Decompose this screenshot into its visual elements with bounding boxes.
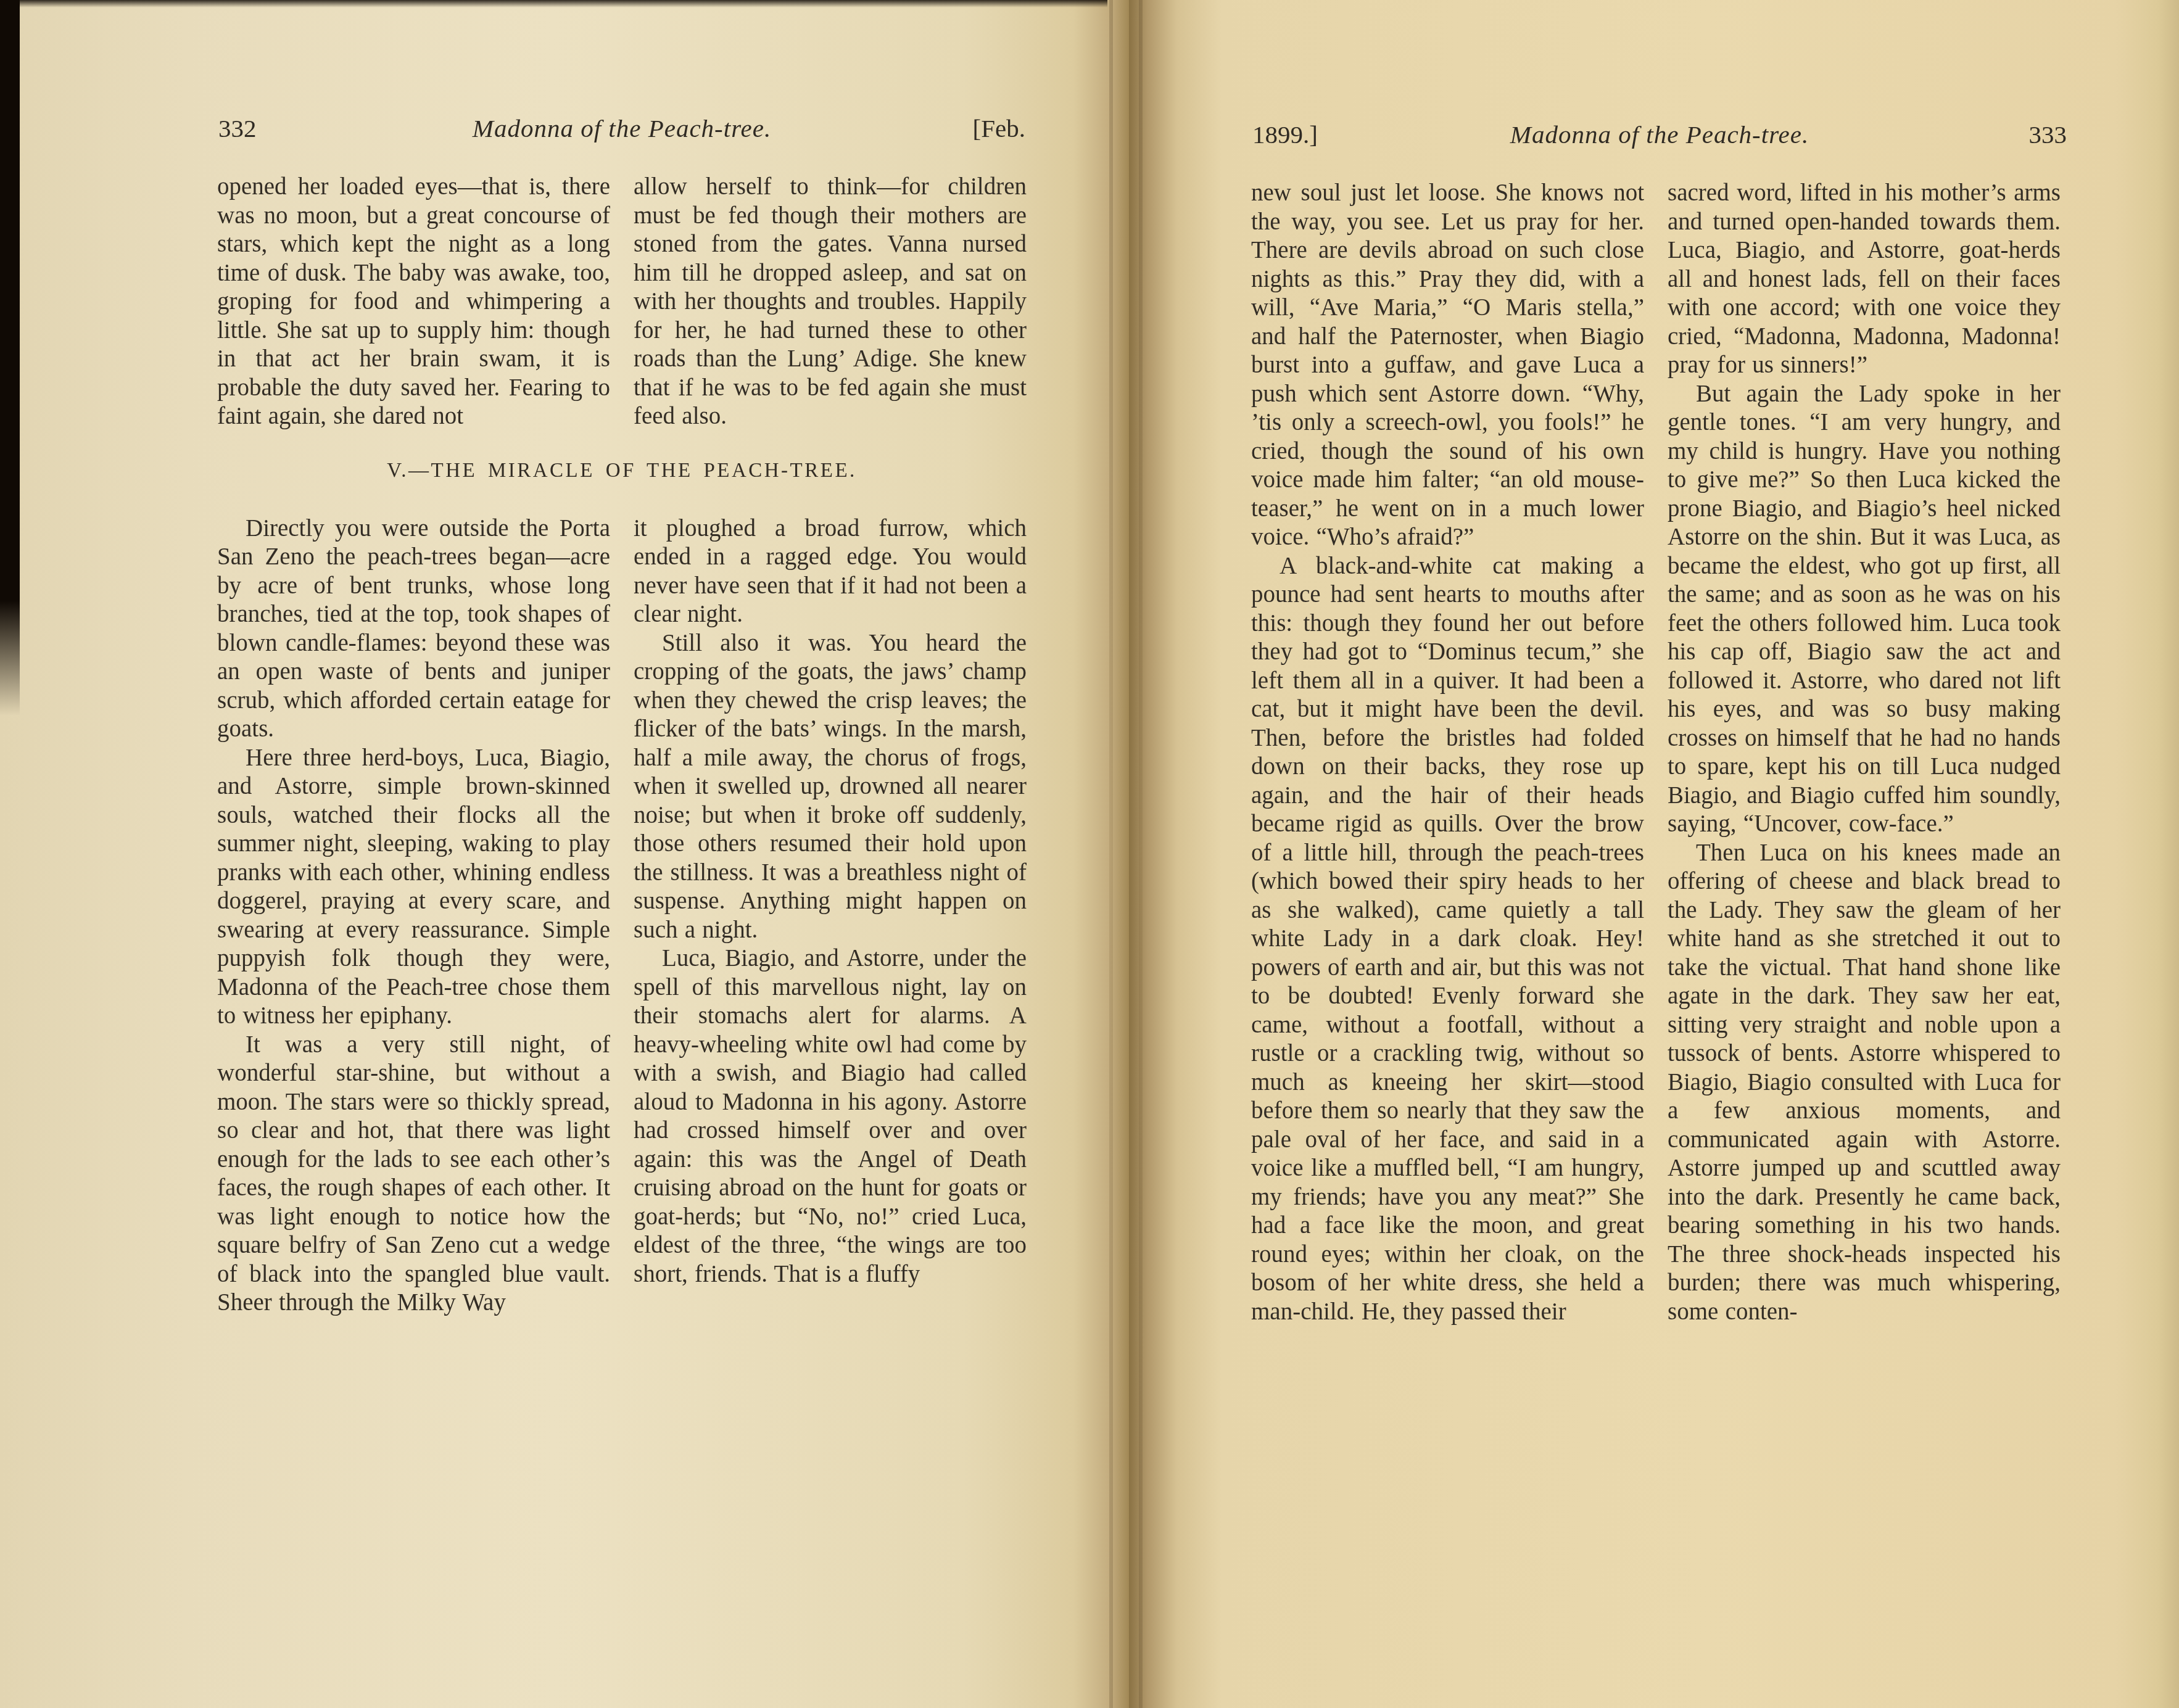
paragraph: Then Luca on his knees made an offering … bbox=[1668, 839, 2061, 1327]
gutter-crease bbox=[1109, 0, 1113, 1708]
paragraph: Here three herd-boys, Luca, Biagio, and … bbox=[217, 744, 610, 1031]
left-main-columns: Directly you were outside the Porta San … bbox=[217, 514, 1027, 1318]
left-main-column-1: Directly you were outside the Porta San … bbox=[217, 514, 610, 1318]
paragraph: Directly you were outside the Porta San … bbox=[217, 514, 610, 744]
left-top-column-1: opened her loaded eyes—that is, there wa… bbox=[217, 173, 610, 431]
paragraph: A black-and-white cat making a pounce ha… bbox=[1251, 552, 1644, 1327]
scan-dark-edge bbox=[0, 0, 20, 716]
right-running-title: Madonna of the Peach-tree. bbox=[1251, 118, 2068, 151]
paragraph: it ploughed a broad furrow, which ended … bbox=[634, 514, 1027, 629]
gutter-crease bbox=[1139, 0, 1143, 1708]
left-running-title: Madonna of the Peach-tree. bbox=[217, 112, 1027, 144]
paragraph: It was a very still night, of wonderful … bbox=[217, 1031, 610, 1318]
issue-label: [Feb. bbox=[973, 112, 1025, 144]
left-main-column-2: it ploughed a broad furrow, which ended … bbox=[634, 514, 1027, 1318]
right-page: 1899.] Madonna of the Peach-tree. 333 ne… bbox=[1129, 0, 2179, 1708]
section-heading: V.—THE MIRACLE OF THE PEACH-TREE. bbox=[217, 460, 1027, 482]
paragraph: opened her loaded eyes—that is, there wa… bbox=[217, 173, 610, 431]
paragraph: Luca, Biagio, and Astorre, under the spe… bbox=[634, 944, 1027, 1289]
left-page-content: 332 Madonna of the Peach-tree. [Feb. ope… bbox=[217, 112, 1027, 1318]
book-spread: 332 Madonna of the Peach-tree. [Feb. ope… bbox=[0, 0, 2179, 1708]
left-page: 332 Madonna of the Peach-tree. [Feb. ope… bbox=[0, 0, 1129, 1708]
right-column-2: sacred word, lifted in his mother’s arms… bbox=[1668, 179, 2061, 1326]
right-page-content: 1899.] Madonna of the Peach-tree. 333 ne… bbox=[1251, 118, 2068, 1326]
paragraph: Still also it was. You heard the croppin… bbox=[634, 629, 1027, 945]
right-page-number: 333 bbox=[2029, 118, 2067, 151]
paragraph: sacred word, lifted in his mother’s arms… bbox=[1668, 179, 2061, 380]
left-top-columns: opened her loaded eyes—that is, there wa… bbox=[217, 173, 1027, 431]
paragraph: But again the Lady spoke in her gentle t… bbox=[1668, 380, 2061, 839]
right-column-1: new soul just let loose. She knows not t… bbox=[1251, 179, 1644, 1326]
left-top-column-2: allow herself to think—for children must… bbox=[634, 173, 1027, 431]
paragraph: allow herself to think—for children must… bbox=[634, 173, 1027, 431]
right-running-head: 1899.] Madonna of the Peach-tree. 333 bbox=[1251, 118, 2068, 158]
right-columns: new soul just let loose. She knows not t… bbox=[1251, 179, 2068, 1326]
scan-top-edge bbox=[0, 0, 1107, 7]
left-running-head: 332 Madonna of the Peach-tree. [Feb. bbox=[217, 112, 1027, 152]
paragraph: new soul just let loose. She knows not t… bbox=[1251, 179, 1644, 552]
